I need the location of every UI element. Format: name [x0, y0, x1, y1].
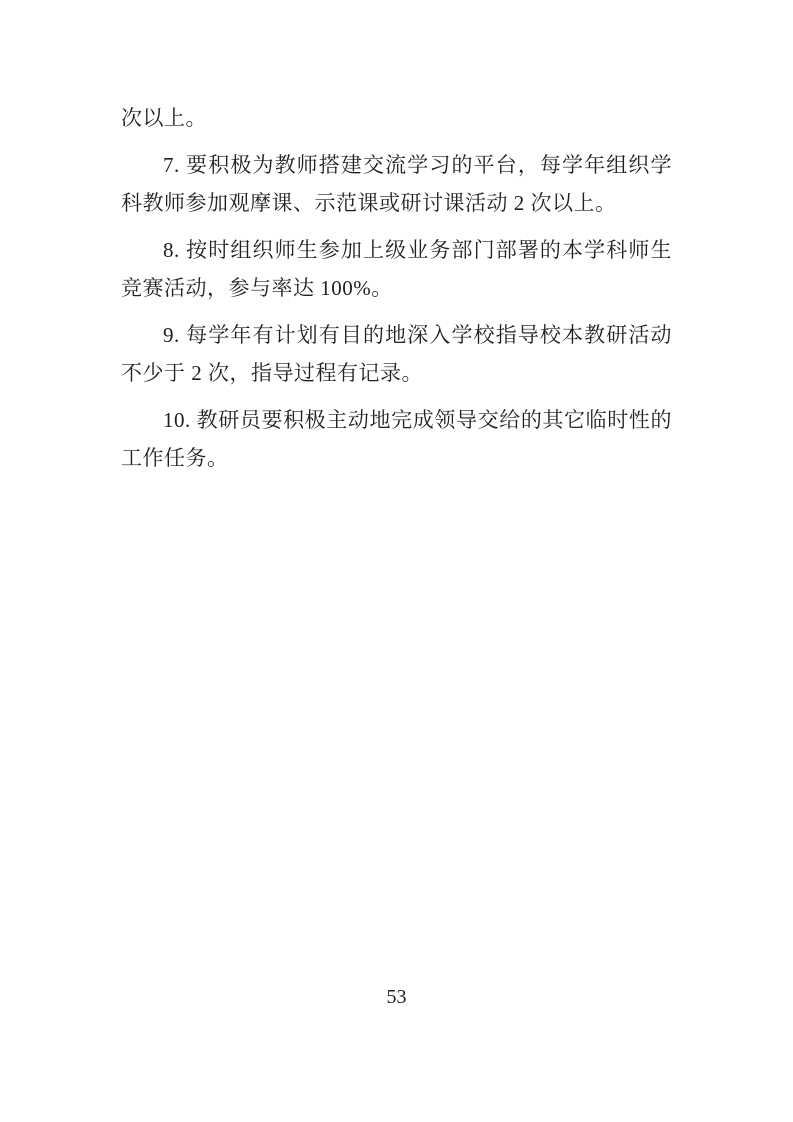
page-number: 53 [0, 985, 793, 1009]
paragraph-item-7: 7. 要积极为教师搭建交流学习的平台，每学年组织学科教师参加观摩课、示范课或研讨… [121, 146, 672, 222]
document-page: 次以上。 7. 要积极为教师搭建交流学习的平台，每学年组织学科教师参加观摩课、示… [0, 0, 793, 1122]
paragraph-continuation: 次以上。 [121, 99, 672, 137]
paragraph-item-9: 9. 每学年有计划有目的地深入学校指导校本教研活动不少于 2 次，指导过程有记录… [121, 316, 672, 392]
paragraph-item-8: 8. 按时组织师生参加上级业务部门部署的本学科师生竞赛活动，参与率达 100%。 [121, 231, 672, 307]
document-body: 次以上。 7. 要积极为教师搭建交流学习的平台，每学年组织学科教师参加观摩课、示… [121, 99, 672, 486]
paragraph-item-10: 10. 教研员要积极主动地完成领导交给的其它临时性的工作任务。 [121, 401, 672, 477]
